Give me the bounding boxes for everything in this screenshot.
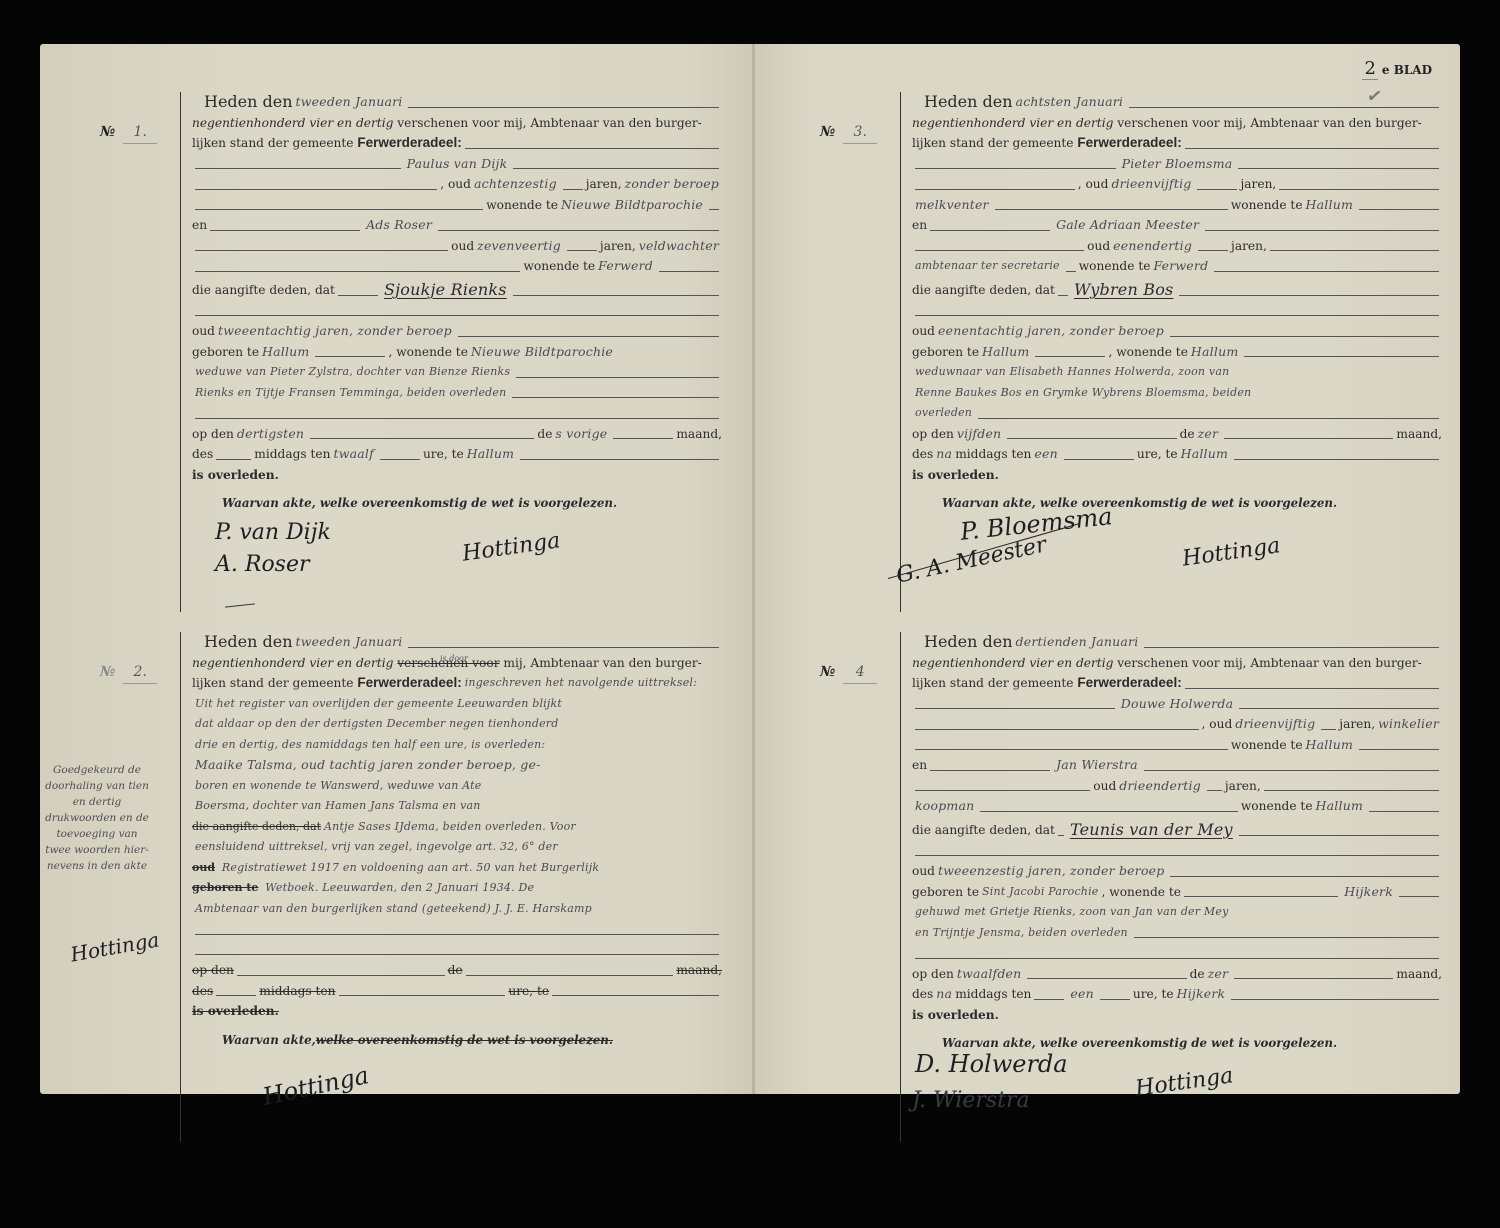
record-1: №1. Heden dentweeden Januari negentienho… (192, 92, 722, 514)
record-number: №2. (100, 662, 157, 684)
column-rule (180, 632, 181, 1142)
column-rule (180, 92, 181, 612)
sheet-number: 2e BLAD ✓ (1362, 58, 1432, 79)
record-date: tweeden Januari (293, 632, 406, 653)
record-date: dertienden Januari (1013, 632, 1142, 653)
signature-declarant-1: P. van Dijk (215, 520, 331, 545)
record-number: №1. (100, 122, 157, 144)
deceased-name: Wybren Bos (1071, 280, 1176, 301)
record-date: achtsten Januari (1013, 92, 1127, 113)
record-4: №4 Heden dendertienden Januari negentien… (912, 632, 1442, 1054)
margin-annotation: Goedgekeurd de doorhaling van tien en de… (42, 762, 152, 874)
signature-declarant-2: A. Roser (215, 552, 310, 577)
deceased-name: Sjoukje Rienks (381, 280, 510, 301)
declarant-2-name: Jan Wierstra (1053, 755, 1141, 776)
record-number: №3. (820, 122, 877, 144)
record-number: №4 (820, 662, 877, 684)
signature-declarant-1: D. Holwerda (915, 1050, 1068, 1078)
declarant-1-name: Douwe Holwerda (1118, 694, 1236, 715)
declarant-2-name: Ads Roser (363, 215, 435, 236)
declarant-1-name: Paulus van Dijk (404, 154, 511, 175)
signature-declarant-2: J. Wierstra (912, 1088, 1030, 1113)
declarant-2-name: Gale Adriaan Meester (1053, 215, 1202, 236)
record-2: №2. Heden dentweeden Januari negentienho… (192, 632, 722, 1050)
declarant-1-name: Pieter Bloemsma (1119, 154, 1236, 175)
deceased-name: Teunis van der Mey (1067, 820, 1236, 841)
record-date: tweeden Januari (293, 92, 406, 113)
record-3: №3. Heden denachtsten Januari negentienh… (912, 92, 1442, 514)
book-gutter (752, 44, 755, 1094)
column-rule (900, 632, 901, 1142)
column-rule (900, 92, 901, 612)
